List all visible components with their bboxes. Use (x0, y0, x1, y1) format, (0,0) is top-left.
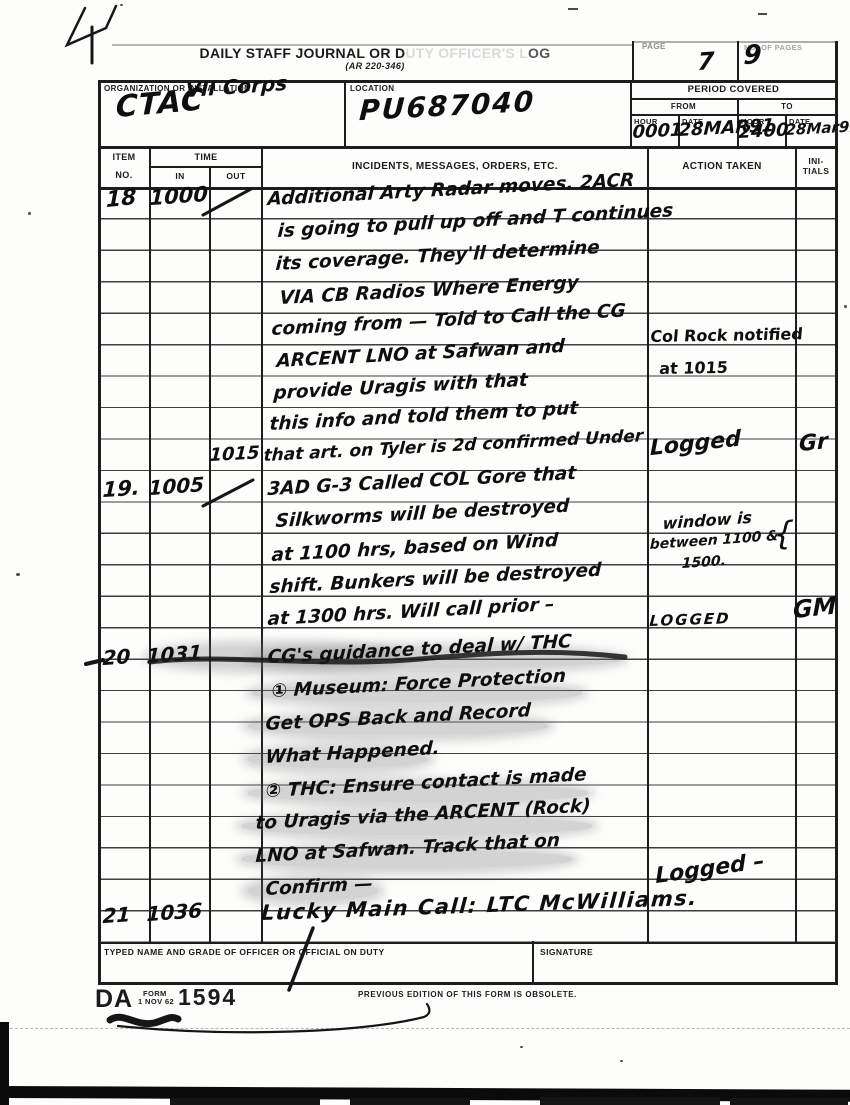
time-out-slash-18 (203, 189, 251, 215)
ink-marks-overlay (0, 0, 850, 1105)
da-form-scribble (110, 1017, 178, 1023)
scanned-journal-page: DAILY STAFF JOURNAL OR DUTY OFFICER'S LO… (0, 0, 850, 1105)
entry-20-strike-line (150, 652, 625, 662)
time-out-slash-19 (203, 480, 253, 506)
entry-20-strike-tick (86, 660, 103, 664)
footer-pen-slash (289, 928, 313, 990)
